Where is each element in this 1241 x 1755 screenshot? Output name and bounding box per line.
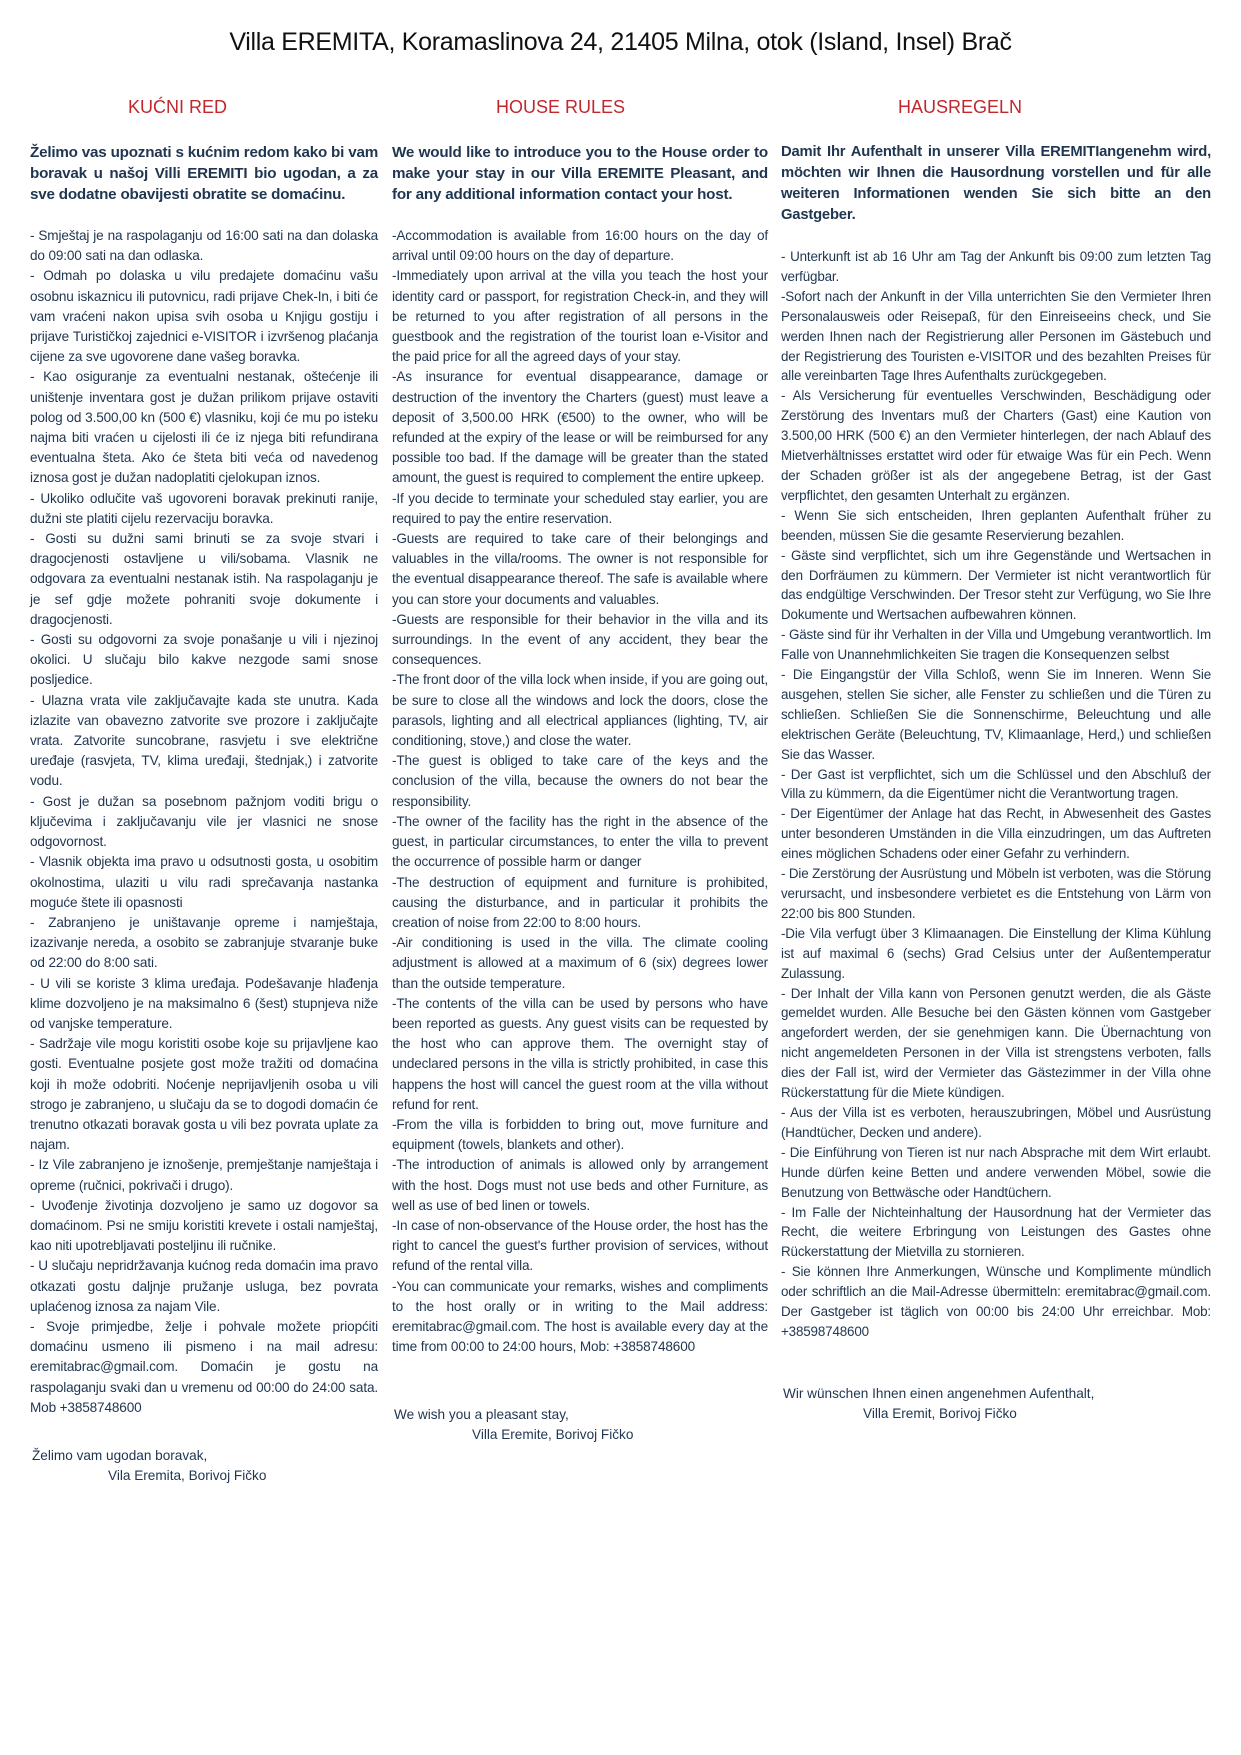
signature: Villa Eremit, Borivoj Fičko: [781, 1404, 1211, 1424]
closing-wish: Želimo vam ugodan boravak,: [30, 1446, 378, 1466]
column-croatian: KUĆNI RED Želimo vas upoznati s kućnim r…: [30, 92, 378, 1486]
rule-item: - Gosti su dužni sami brinuti se za svoj…: [30, 529, 378, 630]
rule-item: -The contents of the villa can be used b…: [392, 994, 768, 1115]
rule-item: -In case of non-observance of the House …: [392, 1216, 768, 1277]
rule-item: - Unterkunft ist ab 16 Uhr am Tag der An…: [781, 247, 1211, 287]
rule-item: - Wenn Sie sich entscheiden, Ihren gepla…: [781, 506, 1211, 546]
signature: Vila Eremita, Borivoj Fičko: [30, 1466, 378, 1486]
rule-item: -Die Vila verfugt über 3 Klimaanagen. Di…: [781, 924, 1211, 984]
rule-item: - Uvođenje životinja dozvoljeno je samo …: [30, 1196, 378, 1257]
rule-item: - U slučaju nepridržavanja kućnog reda d…: [30, 1256, 378, 1317]
column-english: HOUSE RULES We would like to introduce y…: [392, 92, 768, 1445]
closing-wish: Wir wünschen Ihnen einen angenehmen Aufe…: [781, 1384, 1211, 1404]
rule-item: - U vili se koriste 3 klima uređaja. Pod…: [30, 974, 378, 1035]
intro-english: We would like to introduce you to the Ho…: [392, 142, 768, 205]
rule-item: -The destruction of equipment and furnit…: [392, 873, 768, 934]
closing-german: Wir wünschen Ihnen einen angenehmen Aufe…: [781, 1384, 1211, 1424]
heading-hausregeln: HAUSREGELN: [781, 92, 1211, 122]
rule-item: -Guests are responsible for their behavi…: [392, 610, 768, 671]
rule-item: -The guest is obliged to take care of th…: [392, 751, 768, 812]
rule-item: - Smještaj je na raspolaganju od 16:00 s…: [30, 226, 378, 266]
closing-wish: We wish you a pleasant stay,: [392, 1405, 768, 1425]
rule-item: - Iz Vile zabranjeno je iznošenje, premj…: [30, 1155, 378, 1195]
intro-croatian: Želimo vas upoznati s kućnim redom kako …: [30, 142, 378, 205]
rule-item: - Svoje primjedbe, želje i pohvale možet…: [30, 1317, 378, 1418]
document-title: Villa EREMITA, Koramaslinova 24, 21405 M…: [0, 28, 1241, 57]
rule-item: - Als Versicherung für eventuelles Versc…: [781, 386, 1211, 505]
rule-item: -As insurance for eventual disappearance…: [392, 367, 768, 488]
rule-item: - Der Gast ist verpflichtet, sich um die…: [781, 765, 1211, 805]
rule-item: - Ulazna vrata vile zaključavajte kada s…: [30, 691, 378, 792]
rule-item: - Im Falle der Nichteinhaltung der Hauso…: [781, 1203, 1211, 1263]
rule-item: - Die Eingangstür der Villa Schloß, wenn…: [781, 665, 1211, 765]
rule-item: -Accommodation is available from 16:00 h…: [392, 226, 768, 266]
rule-item: - Ukoliko odlučite vaš ugovoreni boravak…: [30, 489, 378, 529]
rule-item: -Air conditioning is used in the villa. …: [392, 933, 768, 994]
rule-item: - Die Zerstörung der Ausrüstung und Möbe…: [781, 864, 1211, 924]
rule-item: - Der Eigentümer der Anlage hat das Rech…: [781, 804, 1211, 864]
rule-item: - Gäste sind für ihr Verhalten in der Vi…: [781, 625, 1211, 665]
rule-item: - Gost je dužan sa posebnom pažnjom vodi…: [30, 792, 378, 853]
rule-item: - Aus der Villa ist es verboten, herausz…: [781, 1103, 1211, 1143]
rule-item: - Die Einführung von Tieren ist nur nach…: [781, 1143, 1211, 1203]
rule-item: - Gosti su odgovorni za svoje ponašanje …: [30, 630, 378, 691]
rule-item: - Der Inhalt der Villa kann von Personen…: [781, 984, 1211, 1103]
rule-item: -The front door of the villa lock when i…: [392, 670, 768, 751]
rule-item: - Sadržaje vile mogu koristiti osobe koj…: [30, 1034, 378, 1155]
intro-german: Damit Ihr Aufenthalt in unserer Villa ER…: [781, 142, 1211, 226]
rules-list-german: - Unterkunft ist ab 16 Uhr am Tag der An…: [781, 247, 1211, 1342]
rule-item: -If you decide to terminate your schedul…: [392, 489, 768, 529]
rule-item: -You can communicate your remarks, wishe…: [392, 1277, 768, 1358]
heading-house-rules: HOUSE RULES: [392, 92, 768, 122]
rule-item: - Zabranjeno je uništavanje opreme i nam…: [30, 913, 378, 974]
signature: Villa Eremite, Borivoj Fičko: [392, 1425, 768, 1445]
rules-list-english: -Accommodation is available from 16:00 h…: [392, 226, 768, 1357]
rules-list-croatian: - Smještaj je na raspolaganju od 16:00 s…: [30, 226, 378, 1418]
rule-item: - Sie können Ihre Anmerkungen, Wünsche u…: [781, 1262, 1211, 1342]
rule-item: - Odmah po dolaska u vilu predajete doma…: [30, 266, 378, 367]
rule-item: -The owner of the facility has the right…: [392, 812, 768, 873]
rule-item: -Sofort nach der Ankunft in der Villa un…: [781, 287, 1211, 387]
rule-item: -Guests are required to take care of the…: [392, 529, 768, 610]
closing-english: We wish you a pleasant stay, Villa Eremi…: [392, 1405, 768, 1445]
heading-kucni-red: KUĆNI RED: [30, 92, 378, 122]
rule-item: -From the villa is forbidden to bring ou…: [392, 1115, 768, 1155]
closing-croatian: Želimo vam ugodan boravak, Vila Eremita,…: [30, 1446, 378, 1486]
rule-item: -Immediately upon arrival at the villa y…: [392, 266, 768, 367]
rule-item: - Kao osiguranje za eventualni nestanak,…: [30, 367, 378, 488]
rule-item: -The introduction of animals is allowed …: [392, 1155, 768, 1216]
rule-item: - Gäste sind verpflichtet, sich um ihre …: [781, 546, 1211, 626]
rule-item: - Vlasnik objekta ima pravo u odsutnosti…: [30, 852, 378, 913]
column-german: HAUSREGELN Damit Ihr Aufenthalt in unser…: [781, 92, 1211, 1424]
